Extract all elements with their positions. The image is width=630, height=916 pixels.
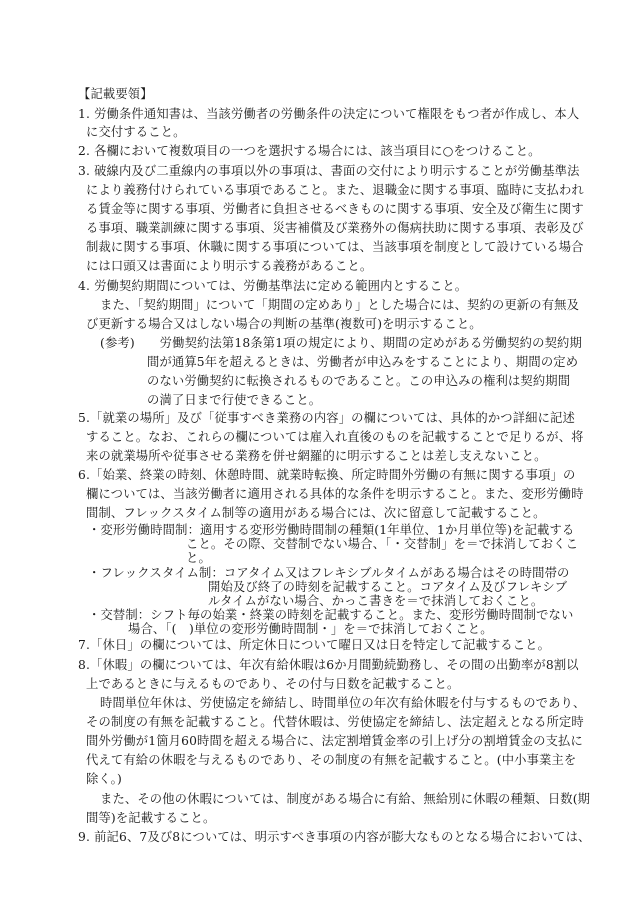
text-line: の満了日まで行使できること。 <box>147 392 321 408</box>
text-line: 1. 労働条件通知書は、当該労働者の労働条件の決定について権限をもつ者が作成し、… <box>78 106 579 122</box>
text-line: のない労働契約に転換されるものであること。この申込みの権利は契約期間 <box>147 373 570 389</box>
text-line: また、その他の休暇については、制度がある場合に有給、無給別に休暇の種類、日数(期 <box>100 791 590 807</box>
text-line: 4. 労働契約期間については、労働基準法に定める範囲内とすること。 <box>78 278 467 294</box>
text-line: 間等)を記載すること。 <box>86 810 215 826</box>
text-line: 5.「就業の場所」及び「従事すべき業務の内容」の欄については、具体的かつ詳細に記… <box>78 410 575 426</box>
text-line: 時間単位年休は、労使協定を締結し、時間単位の年次有給休暇を付与するものであり、 <box>100 695 585 711</box>
text-line: には口頭又は書面により明示する義務があること。 <box>86 258 372 274</box>
text-line: る事項、職業訓練に関する事項、災害補償及び業務外の傷病扶助に関する事項、表彰及び <box>86 220 584 236</box>
text-line: と。 <box>186 550 211 566</box>
text-line: 除く。) <box>86 771 122 787</box>
text-line: 2. 各欄において複数項目の一つを選択する場合には、該当項目に○をつけること。 <box>78 143 541 159</box>
text-line: すること。なお、これらの欄については雇入れ直後のものを記載することで足りるが、将 <box>86 429 584 445</box>
text-line: その制度の有無を記載すること。代替休暇は、労使協定を締結し、法定超えとなる所定時 <box>86 714 584 730</box>
text-line: る賃金等に関する事項、労働者に負担させるべきものに関する事項、安全及び衛生に関す <box>86 201 584 217</box>
text-line: 間制、フレックスタイム制等の適用がある場合には、次に留意して記載すること。 <box>86 505 546 521</box>
text-line: 間外労働が1箇月60時間を超える場合に、法定割増賃金率の引上げ分の割増賃金の支払… <box>86 733 583 749</box>
text-line: 上であるときに与えるものであり、その付与日数を記載すること。 <box>86 676 459 692</box>
text-line: 代えて有給の休暇を与えるものであり、その制度の有無を記載すること。(中小事業主を <box>86 752 576 768</box>
text-line: び更新する場合又はしない場合の判断の基準(複数可)を明示すること。 <box>86 316 482 332</box>
text-line: こと。その際、交替制でない場合、「・交替制」を＝で抹消しておくこ <box>186 536 578 552</box>
section-heading: 【記載要領】 <box>78 86 153 102</box>
text-line: 9. 前記6、7及び8については、明示すべき事項の内容が膨大なものとなる場合にお… <box>78 829 591 845</box>
text-line: 間が通算5年を超えるときは、労働者が申込みをすることにより、期間の定め <box>147 354 578 370</box>
text-line: 制裁に関する事項、休職に関する事項については、当該事項を制度として設けている場合 <box>86 239 584 255</box>
text-line: 来の就業場所や従事させる業務を併せ網羅的に明示することは差し支えないこと。 <box>86 448 547 464</box>
text-line: 欄については、当該労働者に適用される具体的な条件を明示すること。また、変形労働時 <box>86 486 584 502</box>
text-line: (参考) 労働契約法第18条第1項の規定により、期間の定めがある労働契約の契約期 <box>100 335 582 351</box>
text-line: 場合、「( )単位の変形労働時間制・」を＝で抹消しておくこと。 <box>128 621 493 637</box>
text-line: また、「契約期間」について「期間の定めあり」とした場合には、契約の更新の有無及 <box>100 297 579 313</box>
text-line: 6.「始業、終業の時刻、休憩時間、就業時転換、所定時間外労働の有無に関する事項」… <box>78 467 575 483</box>
text-line: により義務付けられている事項であること。また、退職金に関する事項、臨時に支払われ <box>86 182 584 198</box>
text-line: 8.「休暇」の欄については、年次有給休暇は6か月間勤続勤務し、その間の出勤率が8… <box>78 657 579 673</box>
text-line: 3. 破線内及び二重線内の事項以外の事項は、書面の交付により明示することが労働基… <box>78 163 580 179</box>
text-line: に交付すること。 <box>86 124 186 140</box>
text-line: 7.「休日」の欄については、所定休日について曜日又は日を特定して記載すること。 <box>78 637 550 653</box>
